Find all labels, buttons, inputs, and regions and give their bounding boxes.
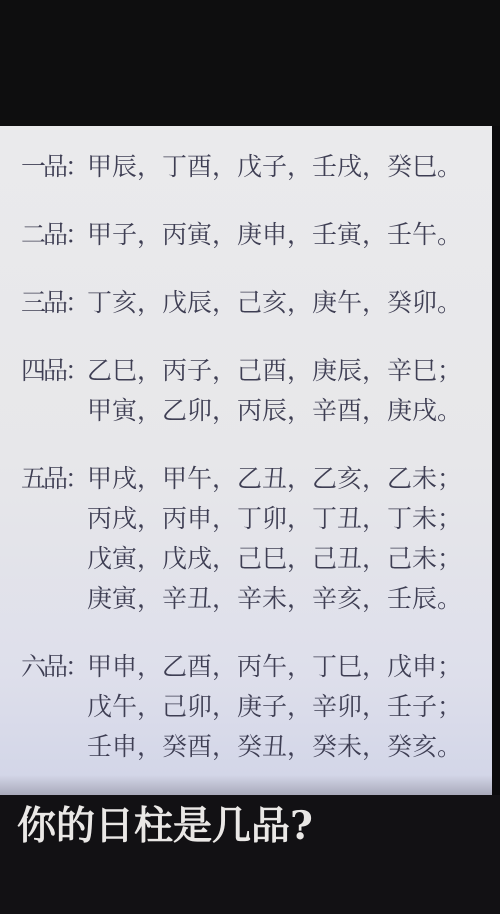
grade-line: 壬申，癸酉，癸丑，癸未，癸亥。 bbox=[87, 727, 492, 767]
grade-pairs: 乙巳，丙子，己酉，庚辰，辛巳；甲寅，乙卯，丙辰，辛酉，庚戌。 bbox=[87, 351, 492, 431]
grade-row: 三品： 丁亥，戊辰，己亥，庚午，癸卯。 bbox=[21, 283, 492, 323]
grade-line: 甲辰，丁酉，戊子，壬戌，癸巳。 bbox=[87, 147, 492, 187]
grade-list-panel: 一品： 甲辰，丁酉，戊子，壬戌，癸巳。 二品： 甲子，丙寅，庚申，壬寅，壬午。 … bbox=[0, 126, 492, 795]
grade-pairs: 甲辰，丁酉，戊子，壬戌，癸巳。 bbox=[87, 147, 492, 187]
grade-row: 五品： 甲戌，甲午，乙丑，乙亥，乙未；丙戌，丙申，丁卯，丁丑，丁未；戊寅，戊戌，… bbox=[21, 459, 492, 619]
grade-label: 一品： bbox=[21, 147, 87, 187]
right-letterbox-strip bbox=[492, 126, 500, 795]
grade-row: 二品： 甲子，丙寅，庚申，壬寅，壬午。 bbox=[21, 215, 492, 255]
bottom-letterbox-bar: 你的日柱是几品? bbox=[0, 795, 500, 914]
grade-label: 三品： bbox=[21, 283, 87, 323]
grade-label: 四品： bbox=[21, 351, 87, 391]
grade-line: 戊寅，戊戌，己巳，己丑，己未； bbox=[87, 539, 492, 579]
grade-label: 二品： bbox=[21, 215, 87, 255]
grade-pairs: 甲子，丙寅，庚申，壬寅，壬午。 bbox=[87, 215, 492, 255]
video-frame: 一品： 甲辰，丁酉，戊子，壬戌，癸巳。 二品： 甲子，丙寅，庚申，壬寅，壬午。 … bbox=[0, 0, 500, 914]
grade-line: 甲寅，乙卯，丙辰，辛酉，庚戌。 bbox=[87, 391, 492, 431]
grade-label: 六品： bbox=[21, 647, 87, 687]
grade-line: 甲戌，甲午，乙丑，乙亥，乙未； bbox=[87, 459, 492, 499]
grade-label: 五品： bbox=[21, 459, 87, 499]
grade-line: 乙巳，丙子，己酉，庚辰，辛巳； bbox=[87, 351, 492, 391]
grade-line: 庚寅，辛丑，辛未，辛亥，壬辰。 bbox=[87, 579, 492, 619]
grade-line: 丁亥，戊辰，己亥，庚午，癸卯。 bbox=[87, 283, 492, 323]
top-letterbox-bar bbox=[0, 0, 500, 126]
grade-line: 甲子，丙寅，庚申，壬寅，壬午。 bbox=[87, 215, 492, 255]
grade-pairs: 甲戌，甲午，乙丑，乙亥，乙未；丙戌，丙申，丁卯，丁丑，丁未；戊寅，戊戌，己巳，己… bbox=[87, 459, 492, 619]
grade-line: 甲申，乙酉，丙午，丁巳，戊申； bbox=[87, 647, 492, 687]
grade-row: 六品： 甲申，乙酉，丙午，丁巳，戊申；戊午，己卯，庚子，辛卯，壬子；壬申，癸酉，… bbox=[21, 647, 492, 767]
grade-line: 丙戌，丙申，丁卯，丁丑，丁未； bbox=[87, 499, 492, 539]
grade-row: 一品： 甲辰，丁酉，戊子，壬戌，癸巳。 bbox=[21, 147, 492, 187]
grade-line: 戊午，己卯，庚子，辛卯，壬子； bbox=[87, 687, 492, 727]
grade-pairs: 甲申，乙酉，丙午，丁巳，戊申；戊午，己卯，庚子，辛卯，壬子；壬申，癸酉，癸丑，癸… bbox=[87, 647, 492, 767]
grade-row: 四品： 乙巳，丙子，己酉，庚辰，辛巳；甲寅，乙卯，丙辰，辛酉，庚戌。 bbox=[21, 351, 492, 431]
caption-title: 你的日柱是几品? bbox=[17, 804, 313, 848]
grade-pairs: 丁亥，戊辰，己亥，庚午，癸卯。 bbox=[87, 283, 492, 323]
